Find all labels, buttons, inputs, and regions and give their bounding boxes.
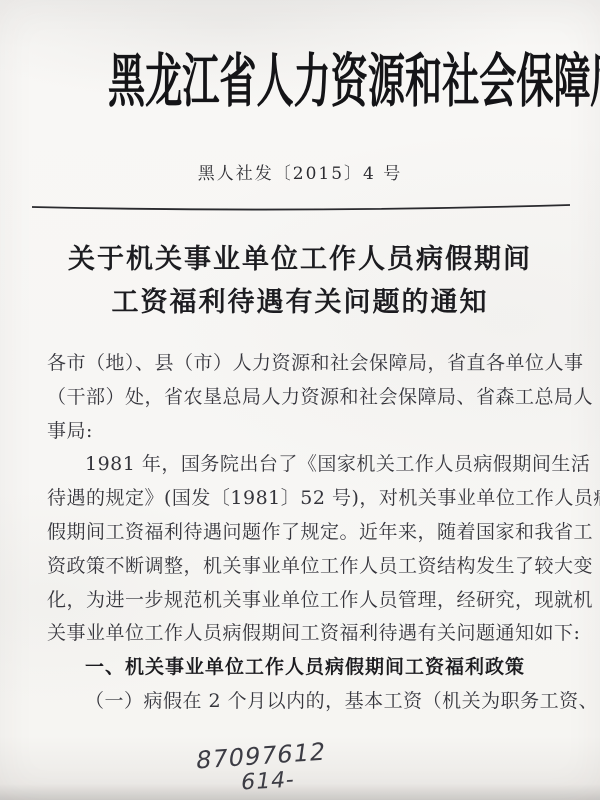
document-title: 关于机关事业单位工作人员病假期间 工资福利待遇有关问题的通知 <box>0 238 600 324</box>
section-heading: 一、机关事业单位工作人员病假期间工资福利政策 <box>47 651 566 685</box>
paragraph-line: 资政策不断调整，机关事业单位工作人员工资结构发生了较大变 <box>47 550 566 584</box>
paragraph-line: 假期间工资福利待遇问题作了规定。近年来，随着国家和我省工 <box>47 516 566 550</box>
paragraph-line: 待遇的规定》(国发〔1981〕52 号)，对机关事业单位工作人员病 <box>47 482 566 516</box>
paragraph-line: 1981 年，国务院出台了《国家机关工作人员病假期间生活 <box>47 448 566 482</box>
paragraph-line: （一）病假在 2 个月以内的，基本工资（机关为职务工资、 <box>47 685 566 719</box>
paragraph-line: 化，为进一步规范机关事业单位工作人员管理，经研究，现就机 <box>47 584 566 618</box>
letterhead-divider-line <box>30 204 572 214</box>
address-line: （干部）处，省农垦总局人力资源和社会保障局、省森工总局人 <box>47 381 566 415</box>
letterhead-title: 黑龙江省人力资源和社会保障厅文件 <box>108 34 492 118</box>
document-title-line-2: 工资福利待遇有关问题的通知 <box>0 281 600 324</box>
address-line: 各市（地）、县（市）人力资源和社会保障局，省直各单位人事 <box>47 347 566 381</box>
document-body: 各市（地）、县（市）人力资源和社会保障局，省直各单位人事 （干部）处，省农垦总局… <box>47 347 566 719</box>
address-line: 事局: <box>47 415 566 449</box>
document-title-line-1: 关于机关事业单位工作人员病假期间 <box>0 238 600 281</box>
scanned-document-page: 黑龙江省人力资源和社会保障厅文件 黑人社发〔2015〕4 号 关于机关事业单位工… <box>0 0 600 800</box>
document-number: 黑人社发〔2015〕4 号 <box>0 159 600 184</box>
handwritten-note-line-2: 614- <box>239 767 297 795</box>
paragraph-line: 关事业单位工作人员病假期间工资福利待遇有关问题通知如下: <box>47 617 566 651</box>
